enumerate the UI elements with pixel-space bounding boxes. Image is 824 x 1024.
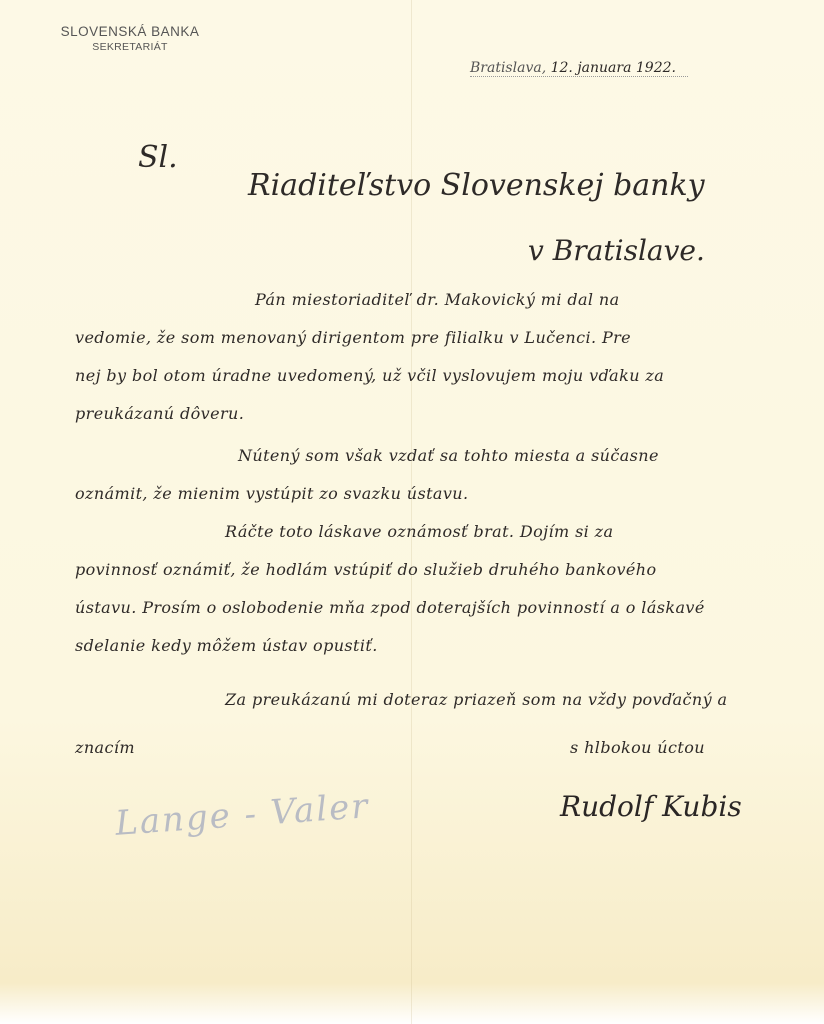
body-line: oznámit, že mienim vystúpit zo svazku ús… (75, 484, 468, 503)
body-line: povinnosť oznámiť, že hodlám vstúpiť do … (75, 560, 657, 579)
bank-name: SLOVENSKÁ BANKA (50, 24, 210, 39)
dateline: Bratislava, 12. januara 1922. (470, 60, 688, 77)
body-line: sdelanie kedy môžem ústav opustiť. (75, 636, 378, 655)
signature: Rudolf Kubis (560, 790, 742, 823)
pencil-annotation: Lange - Valer (114, 786, 371, 844)
salutation: Sl. (138, 140, 178, 175)
body-line: nej by bol otom úradne uvedomený, už vči… (75, 366, 664, 385)
body-line: Pán miestoriaditeľ dr. Makovický mi dal … (255, 290, 620, 309)
recipient-location: v Bratislave. (528, 234, 705, 267)
letter-page: SLOVENSKÁ BANKA SEKRETARIÁT Bratislava, … (0, 0, 824, 1024)
body-line: Ráčte toto láskave oznámosť brat. Dojím … (225, 522, 613, 541)
department: SEKRETARIÁT (50, 41, 210, 53)
date-place: Bratislava, (470, 60, 546, 76)
body-line: znacím (75, 738, 135, 757)
body-line: Nútený som však vzdať sa tohto miesta a … (238, 446, 659, 465)
date-handwritten: 12. januara 1922. (551, 60, 676, 76)
body-line: ústavu. Prosím o oslobodenie mňa zpod do… (75, 598, 705, 617)
closing-phrase: s hlbokou úctou (570, 738, 705, 757)
recipient: Riaditeľstvo Slovenskej banky (248, 168, 705, 203)
paper-fold (411, 0, 412, 1024)
body-line: vedomie, že som menovaný dirigentom pre … (75, 328, 631, 347)
body-line: preukázanú dôveru. (75, 404, 244, 423)
letterhead: SLOVENSKÁ BANKA SEKRETARIÁT (50, 24, 210, 53)
body-line: Za preukázanú mi doteraz priazeň som na … (225, 690, 727, 709)
